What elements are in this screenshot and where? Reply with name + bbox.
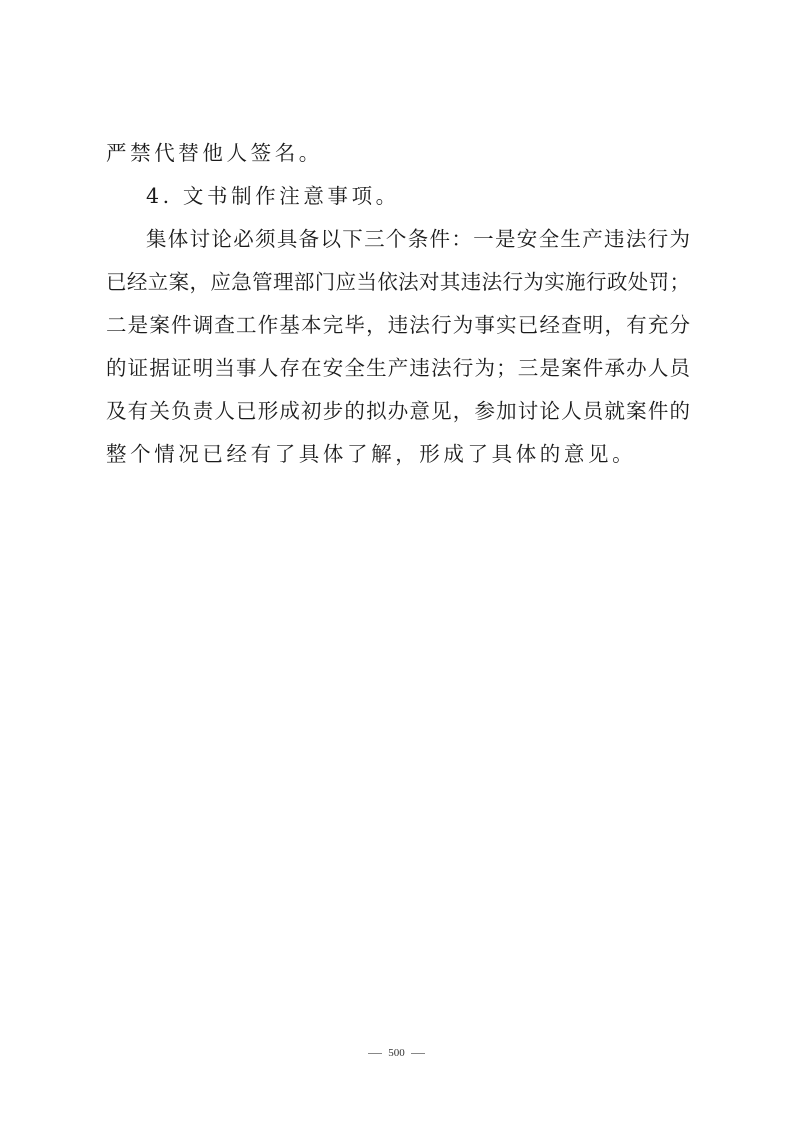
paragraph-line: 二是案件调查工作基本完毕，违法行为事实已经查明，有充分 xyxy=(106,310,690,340)
paragraph-line: 集体讨论必须具备以下三个条件：一是安全生产违法行为 xyxy=(146,224,690,254)
dash-right xyxy=(411,1053,425,1054)
paragraph-line: 及有关负责人已形成初步的拟办意见，参加讨论人员就案件的 xyxy=(106,396,690,426)
text-line-continuation: 严禁代替他人签名。 xyxy=(106,138,690,168)
paragraph-line: 已经立案，应急管理部门应当依法对其违法行为实施行政处罚； xyxy=(106,267,690,297)
paragraph-line-last: 整个情况已经有了具体了解，形成了具体的意见。 xyxy=(106,439,690,469)
page-number: 500 xyxy=(388,1047,405,1059)
section-heading: 4. 文书制作注意事项。 xyxy=(146,181,690,211)
document-page: 严禁代替他人签名。 4. 文书制作注意事项。 集体讨论必须具备以下三个条件：一是… xyxy=(0,0,793,1122)
page-footer: 500 xyxy=(0,1047,793,1059)
dash-left xyxy=(368,1053,382,1054)
paragraph-line: 的证据证明当事人存在安全生产违法行为；三是案件承办人员 xyxy=(106,353,690,383)
